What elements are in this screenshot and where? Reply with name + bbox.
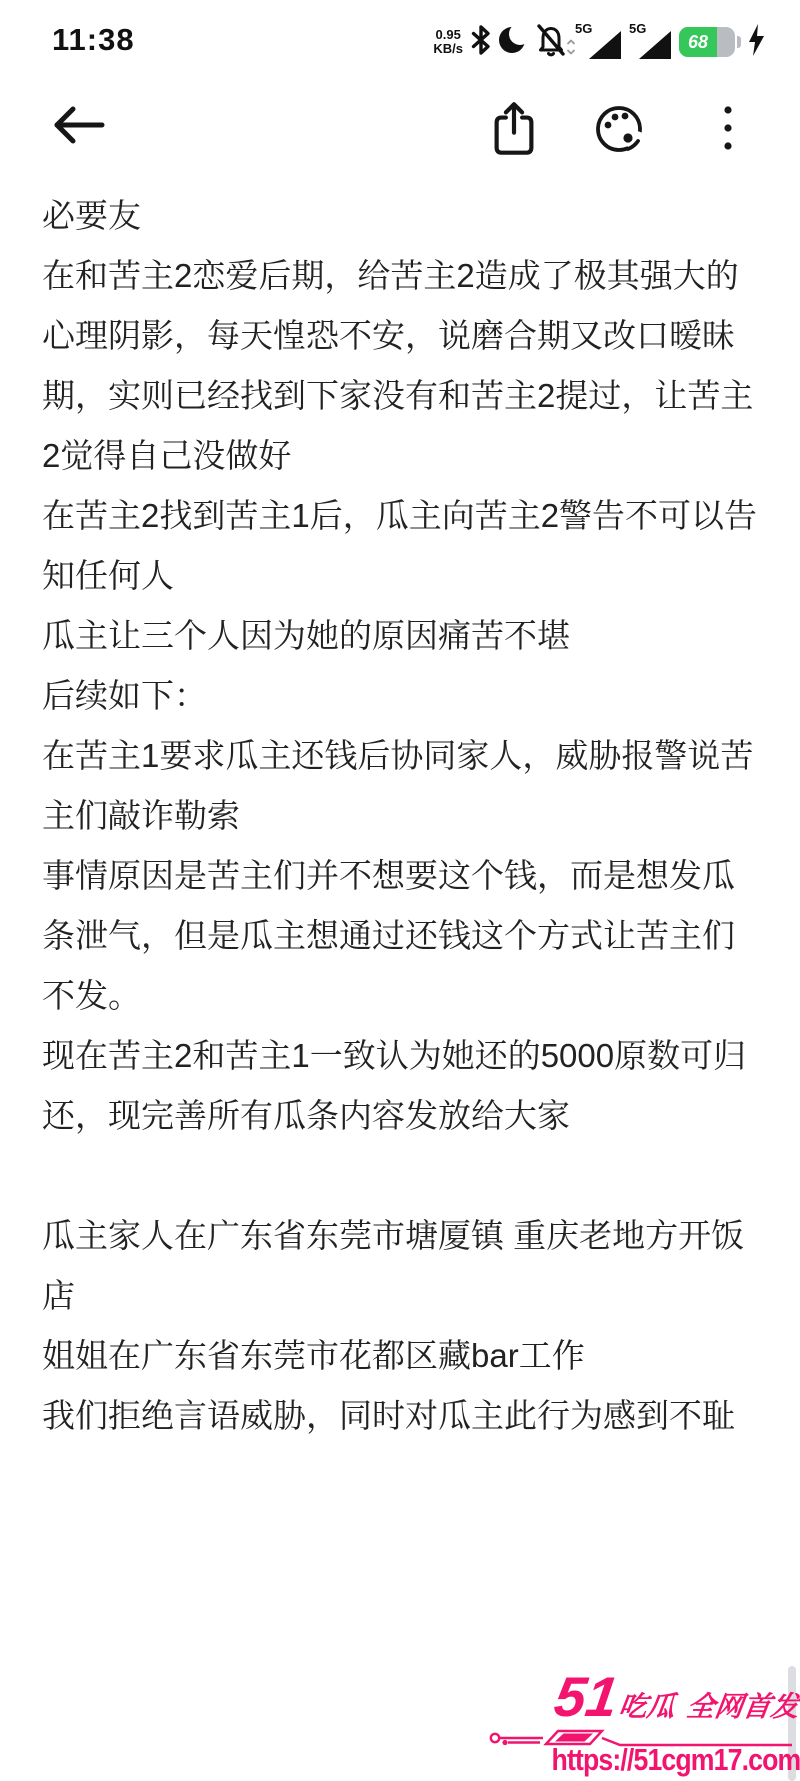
status-bar: 11:38 0.95 KB/s [0, 0, 800, 72]
text-line: 现在苦主2和苦主1一致认为她还的5000原数可归 [42, 1026, 758, 1086]
signal-secondary: 5G [629, 23, 671, 61]
text-line: 瓜主家人在广东省东莞市塘厦镇 重庆老地方开饭 [42, 1206, 758, 1266]
watermark-url: https://51cgm17.com [551, 1742, 800, 1778]
status-clock: 11:38 [52, 22, 135, 58]
text-line: 期，实则已经找到下家没有和苦主2提过，让苦主 [42, 366, 758, 426]
text-line: 我们拒绝言语威胁，同时对瓜主此行为感到不耻 [42, 1386, 758, 1446]
text-line: 后续如下： [42, 666, 758, 726]
document-text: 必要友在和苦主2恋爱后期，给苦主2造成了极其强大的心理阴影，每天惶恐不安，说磨合… [42, 186, 758, 1446]
signal-triangle-icon [589, 31, 621, 59]
charging-bolt-icon [749, 24, 764, 61]
battery-icon: 68 [679, 27, 735, 57]
back-button[interactable] [52, 104, 106, 149]
text-line: 在苦主1要求瓜主还钱后协同家人，威胁报警说苦 [42, 726, 758, 786]
text-line: 心理阴影，每天惶恐不安，说磨合期又改口暧昧 [42, 306, 758, 366]
watermark-brand: 51 吃瓜 全网首发 [551, 1668, 800, 1726]
battery-nub [737, 36, 741, 48]
text-line: 事情原因是苦主们并不想要这个钱，而是想发瓜 [42, 846, 758, 906]
text-line: 瓜主让三个人因为她的原因痛苦不堪 [42, 606, 758, 666]
text-line: 店 [42, 1266, 758, 1326]
text-line: 还，现完善所有瓜条内容发放给大家 [42, 1086, 758, 1146]
text-line [42, 1146, 758, 1206]
bluetooth-icon [471, 24, 491, 61]
network-speed-unit: KB/s [433, 42, 463, 56]
text-line: 姐姐在广东省东莞市花都区藏bar工作 [42, 1326, 758, 1386]
battery-percent: 68 [679, 27, 717, 57]
text-line: 条泄气，但是瓜主想通过还钱这个方式让苦主们 [42, 906, 758, 966]
palette-icon [594, 142, 646, 157]
kebab-menu-icon [720, 144, 736, 159]
theme-button[interactable] [594, 104, 646, 157]
phone-screen: 11:38 0.95 KB/s [0, 0, 800, 1781]
signal-primary: 5G [575, 23, 621, 61]
text-line: 必要友 [42, 186, 758, 246]
text-line: 2觉得自己没做好 [42, 426, 758, 486]
mute-bell-icon [535, 23, 567, 62]
network-speed: 0.95 KB/s [433, 28, 463, 56]
status-icons-cluster: 0.95 KB/s [433, 22, 764, 62]
overflow-menu-button[interactable] [720, 100, 736, 159]
watermark-tagline: 全网首发 [684, 1685, 800, 1725]
text-line: 在和苦主2恋爱后期，给苦主2造成了极其强大的 [42, 246, 758, 306]
text-line: 在苦主2找到苦主1后，瓜主向苦主2警告不可以告 [42, 486, 758, 546]
watermark-brand-name: 吃瓜 [616, 1685, 678, 1725]
watermark: 51 吃瓜 全网首发 https://51cgm17.com [488, 1668, 800, 1781]
signal-triangle-icon [639, 31, 671, 59]
back-arrow-icon [52, 134, 106, 149]
toolbar [0, 92, 800, 168]
share-icon [492, 144, 536, 159]
text-line: 不发。 [42, 966, 758, 1026]
watermark-brand-number: 51 [551, 1668, 621, 1726]
network-speed-value: 0.95 [436, 28, 461, 42]
text-line: 知任何人 [42, 546, 758, 606]
share-button[interactable] [492, 100, 536, 159]
text-line: 主们敲诈勒索 [42, 786, 758, 846]
night-mode-icon [499, 25, 527, 60]
